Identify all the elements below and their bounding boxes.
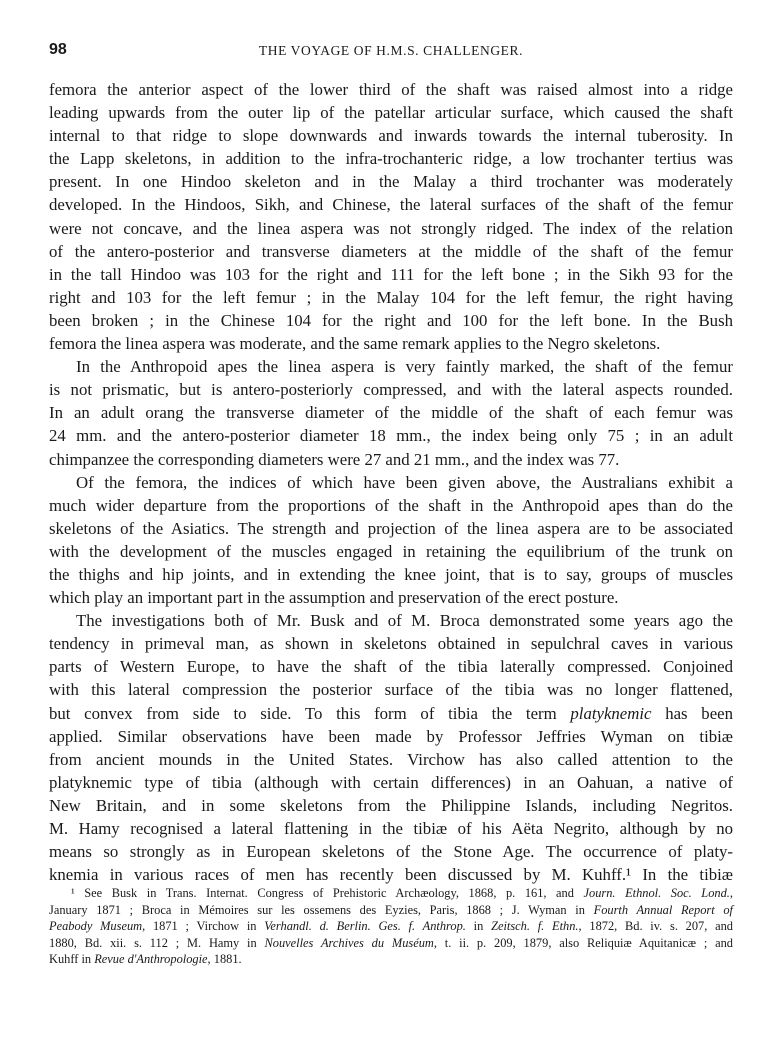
body-line: parts of Western Europe, to have the sha…: [49, 655, 733, 678]
footnote-line: ¹ See Busk in Trans. Internat. Congress …: [49, 885, 733, 902]
body-line: were not concave, and the linea aspera w…: [49, 217, 733, 240]
running-title: THE VOYAGE OF H.M.S. CHALLENGER.: [49, 43, 733, 59]
body-line: much wider departure from the proportion…: [49, 494, 733, 517]
body-line: applied. Similar observations have been …: [49, 725, 733, 748]
body-line: means so strongly as in European skeleto…: [49, 840, 733, 863]
footnote-line: Kuhff in Revue d'Anthropologie, 1881.: [49, 951, 733, 968]
body-line: M. Hamy recognised a lateral flattening …: [49, 817, 733, 840]
body-line: from ancient mounds in the United States…: [49, 748, 733, 771]
body-line: developed. In the Hindoos, Sikh, and Chi…: [49, 193, 733, 216]
body-line: leading upwards from the outer lip of th…: [49, 101, 733, 124]
body-line: New Britain, and in some skeletons from …: [49, 794, 733, 817]
body-line: The investigations both of Mr. Busk and …: [49, 609, 733, 632]
footnote-line: Peabody Museum, 1871 ; Virchow in Verhan…: [49, 918, 733, 935]
body-line: In an adult orang the transverse diamete…: [49, 401, 733, 424]
body-line: present. In one Hindoo skeleton and in t…: [49, 170, 733, 193]
body-line: of the antero-posterior and transverse d…: [49, 240, 733, 263]
body-line: chimpanzee the corresponding diameters w…: [49, 448, 733, 471]
body-line: skeletons of the Asiatics. The strength …: [49, 517, 733, 540]
body-line: femora the anterior aspect of the lower …: [49, 78, 733, 101]
body-line: tendency in primeval man, as shown in sk…: [49, 632, 733, 655]
body-line: right and 103 for the left femur ; in th…: [49, 286, 733, 309]
body-line: with the development of the muscles enga…: [49, 540, 733, 563]
body-line: knemia in various races of men has recen…: [49, 863, 733, 886]
body-line: but convex from side to side. To this fo…: [49, 702, 733, 725]
body-line: been broken ; in the Chinese 104 for the…: [49, 309, 733, 332]
footnote-line: January 1871 ; Broca in Mémoires sur les…: [49, 902, 733, 919]
page-header: 98 THE VOYAGE OF H.M.S. CHALLENGER.: [49, 41, 733, 61]
body-line: with this lateral compression the poster…: [49, 678, 733, 701]
body-line: Of the femora, the indices of which have…: [49, 471, 733, 494]
body-line: the thighs and hip joints, and in extend…: [49, 563, 733, 586]
footnotes: ¹ See Busk in Trans. Internat. Congress …: [49, 885, 733, 968]
body-line: the Lapp skeletons, in addition to the i…: [49, 147, 733, 170]
body-line: which play an important part in the assu…: [49, 586, 733, 609]
body-line: internal to that ridge to slope downward…: [49, 124, 733, 147]
body-line: femora the linea aspera was moderate, an…: [49, 332, 733, 355]
body-line: In the Anthropoid apes the linea aspera …: [49, 355, 733, 378]
document-page: 98 THE VOYAGE OF H.M.S. CHALLENGER. femo…: [0, 0, 776, 1050]
body-line: in the tall Hindoo was 103 for the right…: [49, 263, 733, 286]
body-line: platyknemic type of tibia (although with…: [49, 771, 733, 794]
body-line: is not prismatic, but is antero-posterio…: [49, 378, 733, 401]
body-line: 24 mm. and the antero-posterior diameter…: [49, 424, 733, 447]
body-text: femora the anterior aspect of the lower …: [49, 78, 733, 886]
footnote-line: 1880, Bd. xii. s. 112 ; M. Hamy in Nouve…: [49, 935, 733, 952]
